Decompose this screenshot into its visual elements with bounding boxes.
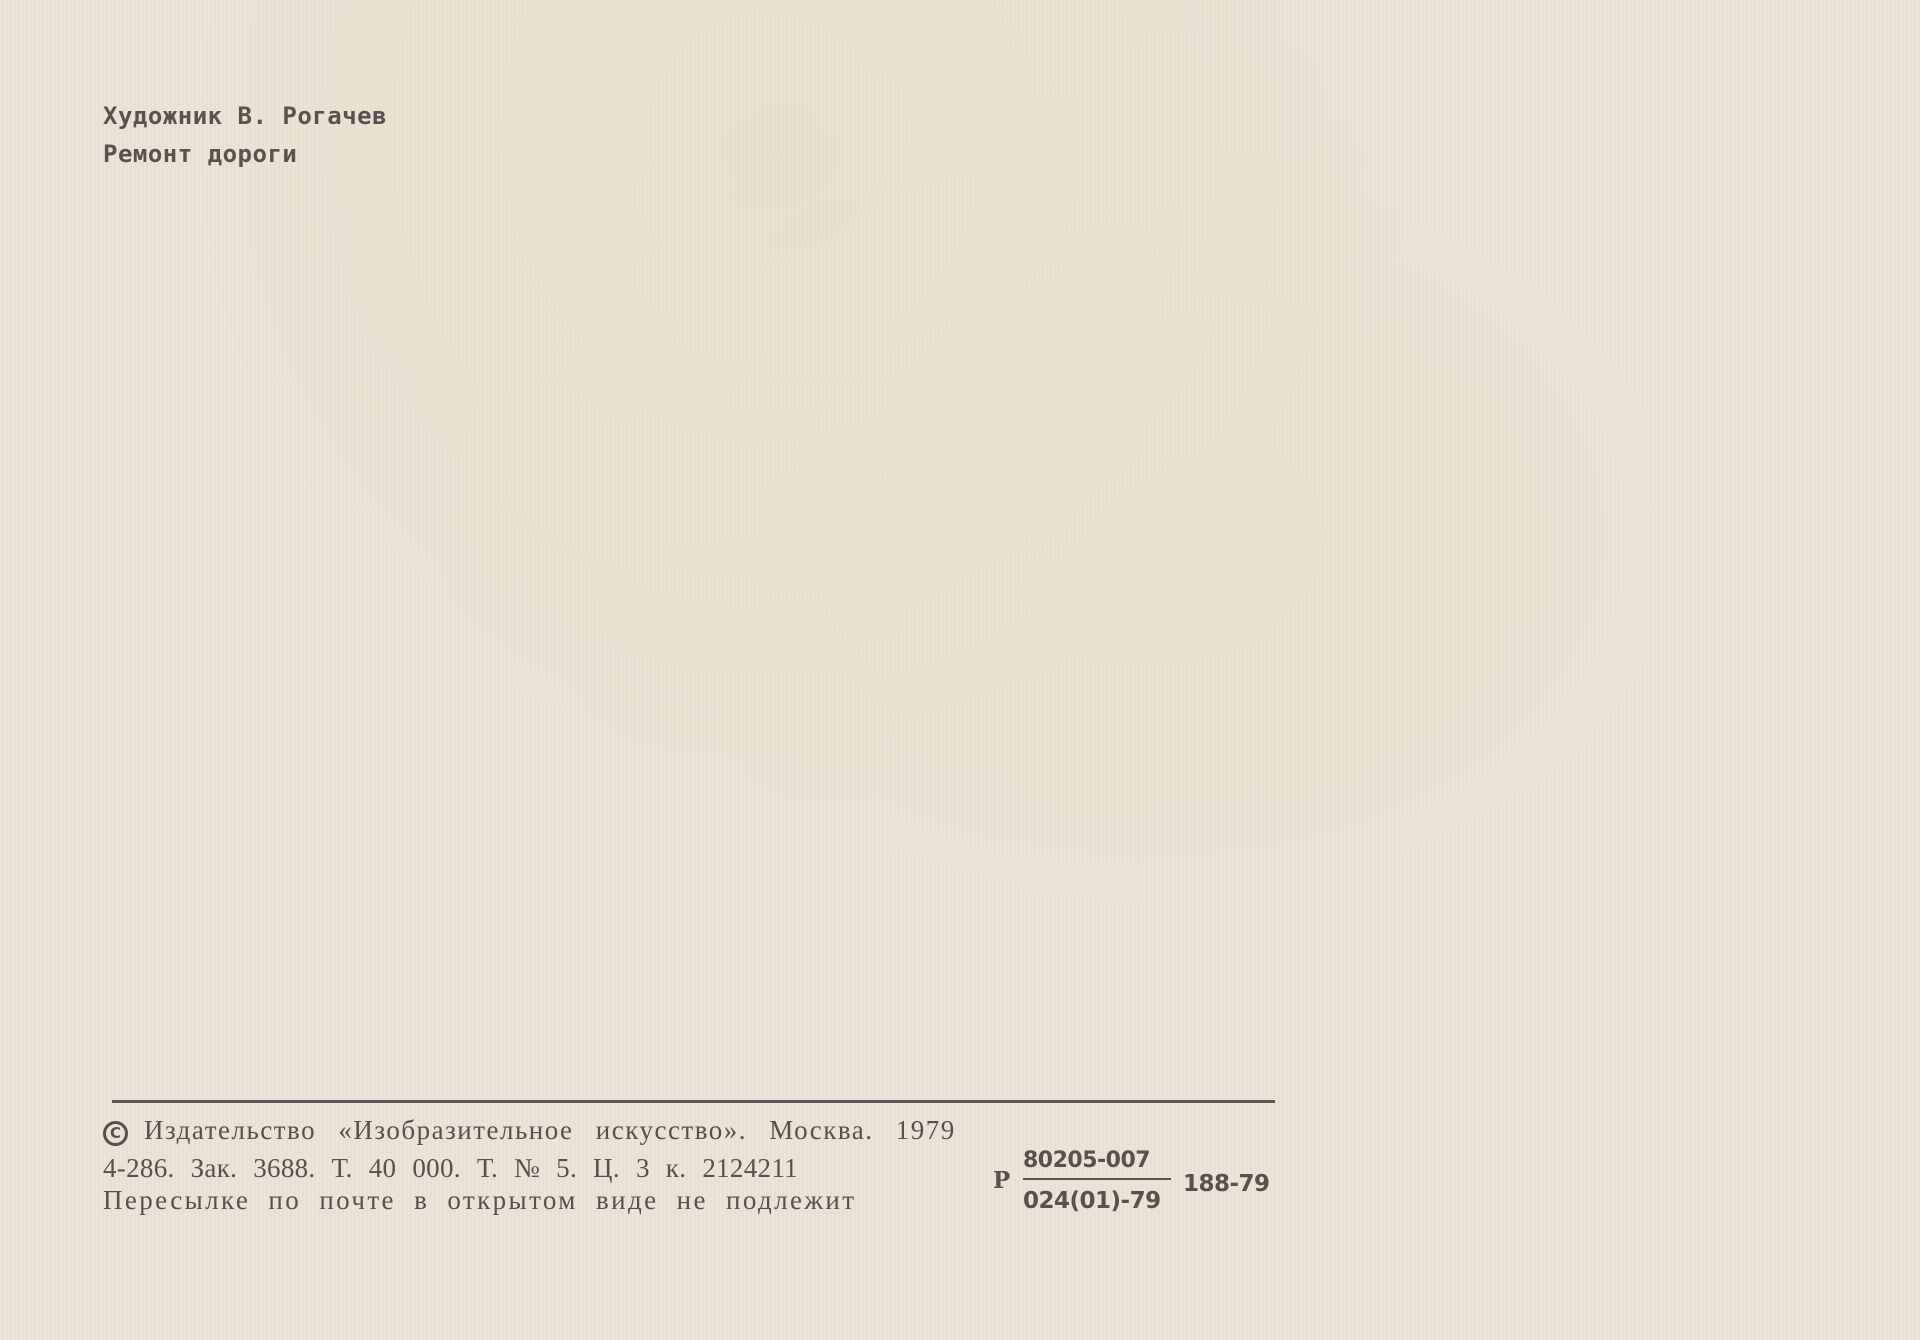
print-details: 4-286. Зак. 3688. Т. 40 000. Т. № 5. Ц. … [103, 1155, 798, 1182]
publisher-line: CИздательство «Изобразительное искусство… [103, 1117, 956, 1146]
index-numerator: 80205-007 [1023, 1148, 1150, 1173]
copyright-icon: C [103, 1121, 128, 1146]
imprint-divider [112, 1100, 1275, 1103]
postal-note: Пересылке по почте в открытом виде не по… [103, 1187, 856, 1214]
fraction-bar [1023, 1178, 1171, 1180]
artist-caption: Художник В. Рогачев [103, 104, 387, 128]
index-denominator: 024(01)-79 [1023, 1188, 1161, 1214]
publisher-text: Издательство «Изобразительное искусство»… [144, 1115, 956, 1145]
index-letter: Р [993, 1167, 1010, 1194]
index-suffix: 188-79 [1183, 1171, 1270, 1197]
artwork-title: Ремонт дороги [103, 142, 297, 166]
